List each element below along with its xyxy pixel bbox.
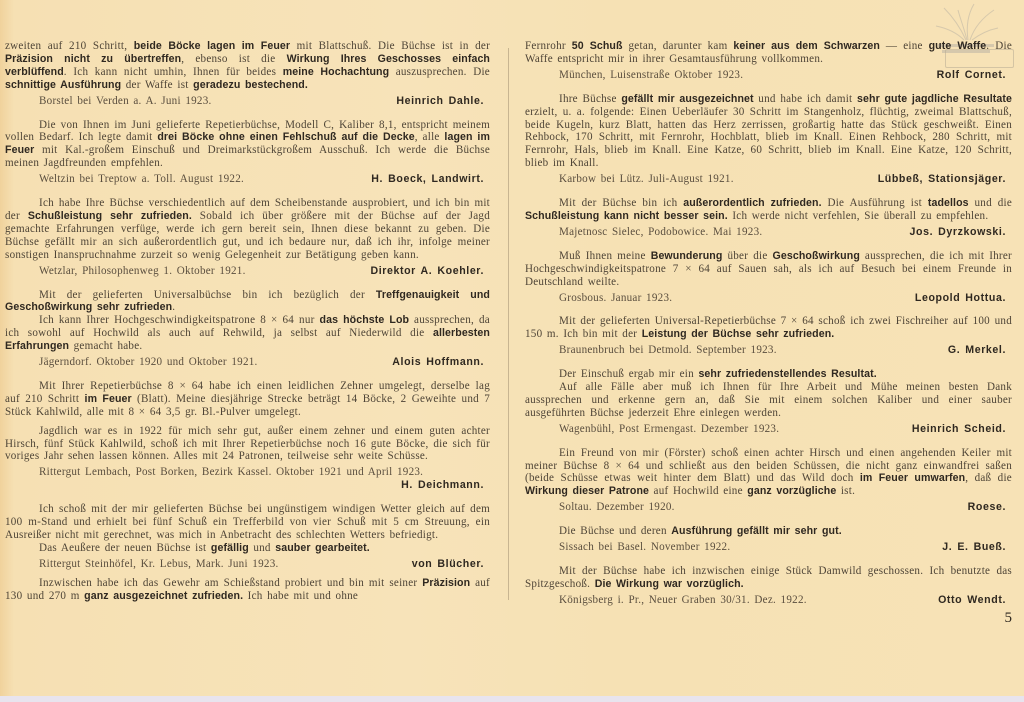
author-name: Rolf Cornet. (937, 69, 1006, 82)
author-name: Jos. Dyrzkowski. (910, 226, 1006, 239)
column-divider (508, 48, 509, 600)
testimonial-signature: Braunenbruch bei Detmold. September 1923… (525, 344, 1012, 357)
page-number: 5 (1005, 610, 1013, 627)
place-date: München, Luisenstraße Oktober 1923. (559, 69, 743, 82)
author-name: Lübbeß, Stationsjäger. (878, 173, 1006, 186)
testimonial-signature-name: H. Deichmann. (5, 479, 490, 492)
testimonial-text: zweiten auf 210 Schritt, beide Böcke lag… (5, 40, 490, 92)
author-name: Leopold Hottua. (915, 292, 1006, 305)
place-date: Wagenbühl, Post Ermengast. Dezember 1923… (559, 423, 779, 436)
testimonial-signature: Jägerndorf. Oktober 1920 und Oktober 192… (5, 356, 490, 369)
author-name: Roese. (968, 501, 1006, 514)
testimonial-text: Die Büchse und deren Ausführung gefällt … (525, 525, 1012, 538)
author-name: von Blücher. (412, 558, 484, 571)
testimonial-text: Mit der gelieferten Universal-Repetierbü… (525, 315, 1012, 341)
testimonial-text: Mit der Büchse habe ich inzwischen einig… (525, 565, 1012, 591)
testimonial-signature: Wetzlar, Philosophenweg 1. Oktober 1921.… (5, 265, 490, 278)
testimonial-signature: Wagenbühl, Post Ermengast. Dezember 1923… (525, 423, 1012, 436)
scanned-page: zweiten auf 210 Schritt, beide Böcke lag… (0, 0, 1024, 702)
testimonial-text: Das Aeußere der neuen Büchse ist gefälli… (5, 542, 490, 555)
place-date: Sissach bei Basel. November 1922. (559, 541, 730, 554)
testimonial-text: Ich schoß mit der mir gelieferten Büchse… (5, 503, 490, 542)
author-name: Otto Wendt. (938, 594, 1006, 607)
author-name: Heinrich Dahle. (396, 95, 484, 108)
testimonial-text: Inzwischen habe ich das Gewehr am Schieß… (5, 577, 490, 603)
testimonial-signature: Grosbous. Januar 1923. Leopold Hottua. (525, 292, 1012, 305)
testimonial-text: Auf alle Fälle aber muß ich Ihnen für Ih… (525, 381, 1012, 420)
testimonial-signature: Karbow bei Lütz. Juli-August 1921. Lübbe… (525, 173, 1012, 186)
testimonial-text: Der Einschuß ergab mir ein sehr zufriede… (525, 368, 1012, 381)
place-date: Braunenbruch bei Detmold. September 1923… (559, 344, 777, 357)
place-date: Weltzin bei Treptow a. Toll. August 1922… (39, 173, 244, 186)
testimonial-text: Mit der Büchse bin ich außerordentlich z… (525, 197, 1012, 223)
author-name: H. Boeck, Landwirt. (371, 173, 484, 186)
place-date: Rittergut Lembach, Post Borken, Bezirk K… (39, 466, 423, 479)
place-date: Majetnosc Sielec, Podobowice. Mai 1923. (559, 226, 762, 239)
author-name: J. E. Bueß. (942, 541, 1006, 554)
author-name: G. Merkel. (948, 344, 1006, 357)
place-date: Borstel bei Verden a. A. Juni 1923. (39, 95, 212, 108)
testimonial-signature: Rittergut Lembach, Post Borken, Bezirk K… (5, 466, 490, 479)
testimonial-signature: Sissach bei Basel. November 1922. J. E. … (525, 541, 1012, 554)
testimonial-text: Ein Freund von mir (Förster) schoß einen… (525, 447, 1012, 499)
right-column: Fernrohr 50 Schuß getan, darunter kam ke… (525, 40, 1012, 607)
testimonial-text: Ihre Büchse gefällt mir ausgezeichnet un… (525, 93, 1012, 170)
testimonial-signature: Majetnosc Sielec, Podobowice. Mai 1923. … (525, 226, 1012, 239)
author-name: Direktor A. Koehler. (370, 265, 484, 278)
place-date: Soltau. Dezember 1920. (559, 501, 675, 514)
testimonial-text: Ich habe Ihre Büchse verschiedentlich au… (5, 197, 490, 262)
author-name: H. Deichmann. (401, 479, 484, 492)
testimonial-signature: Rittergut Steinhöfel, Kr. Lebus, Mark. J… (5, 558, 490, 571)
testimonial-text: Jagdlich war es in 1922 für mich sehr gu… (5, 425, 490, 464)
place-date: Karbow bei Lütz. Juli-August 1921. (559, 173, 734, 186)
place-date: Rittergut Steinhöfel, Kr. Lebus, Mark. J… (39, 558, 279, 571)
testimonial-text: Die von Ihnen im Juni gelieferte Repetie… (5, 119, 490, 171)
author-name: Alois Hoffmann. (392, 356, 484, 369)
place-date: Königsberg i. Pr., Neuer Graben 30/31. D… (559, 594, 807, 607)
author-name: Heinrich Scheid. (912, 423, 1006, 436)
testimonial-signature: Soltau. Dezember 1920. Roese. (525, 501, 1012, 514)
testimonial-signature: München, Luisenstraße Oktober 1923. Rolf… (525, 69, 1012, 82)
place-date: Wetzlar, Philosophenweg 1. Oktober 1921. (39, 265, 246, 278)
testimonial-text: Fernrohr 50 Schuß getan, darunter kam ke… (525, 40, 1012, 66)
testimonial-text: Mit Ihrer Repetierbüchse 8 × 64 habe ich… (5, 380, 490, 419)
place-date: Jägerndorf. Oktober 1920 und Oktober 192… (39, 356, 258, 369)
testimonial-signature: Königsberg i. Pr., Neuer Graben 30/31. D… (525, 594, 1012, 607)
testimonial-text: Mit der gelieferten Universalbüchse bin … (5, 289, 490, 315)
testimonial-signature: Borstel bei Verden a. A. Juni 1923. Hein… (5, 95, 490, 108)
testimonial-text: Ich kann Ihrer Hochgeschwindigkeitspatro… (5, 314, 490, 353)
testimonial-text: Muß Ihnen meine Bewunderung über die Ges… (525, 250, 1012, 289)
left-column: zweiten auf 210 Schritt, beide Böcke lag… (5, 40, 490, 603)
place-date: Grosbous. Januar 1923. (559, 292, 672, 305)
testimonial-signature: Weltzin bei Treptow a. Toll. August 1922… (5, 173, 490, 186)
